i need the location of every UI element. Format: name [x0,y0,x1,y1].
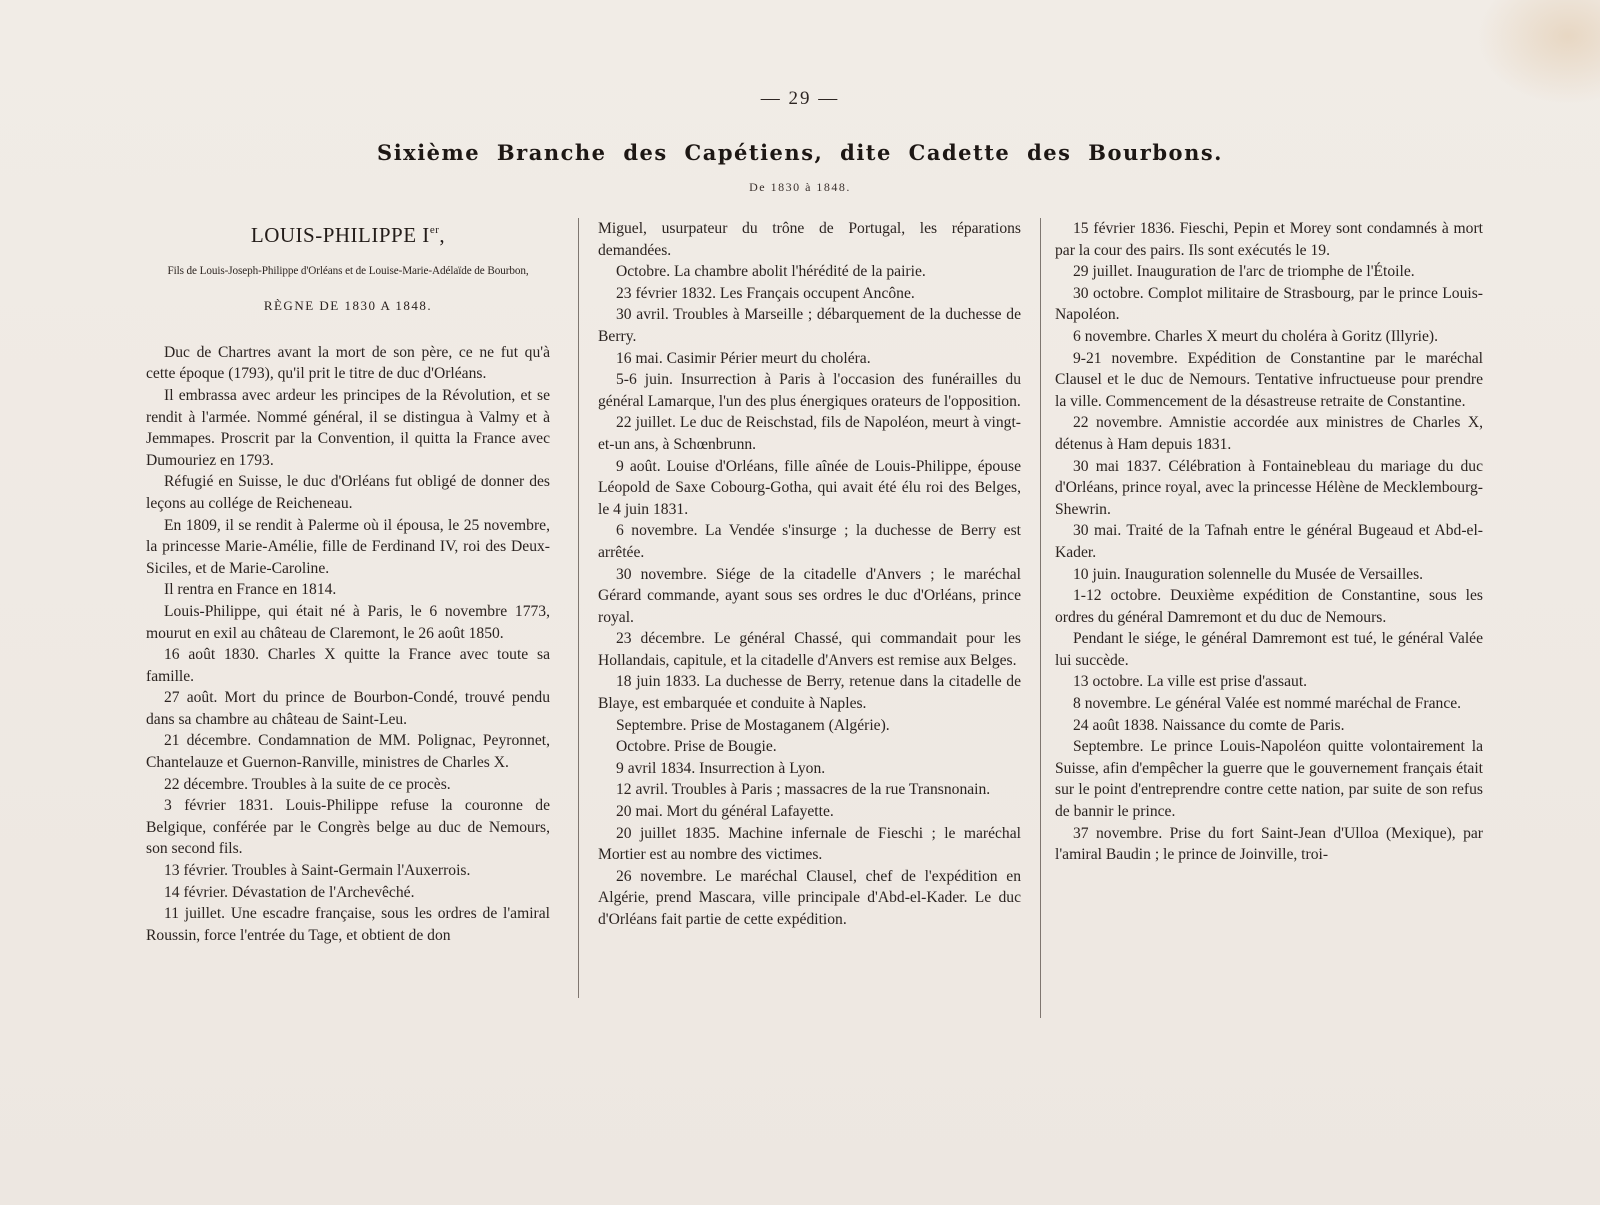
chronology-entry: 23 décembre. Le général Chassé, qui comm… [598,628,1021,671]
chronology-entry: 14 février. Dévastation de l'Archevêché. [146,882,550,904]
chronology-entry: 27 août. Mort du prince de Bourbon-Condé… [146,687,550,730]
reign-heading: RÈGNE DE 1830 A 1848. [146,295,550,317]
chronology-entry: 37 novembre. Prise du fort Saint-Jean d'… [1055,823,1483,866]
chronology-entry: 3 février 1831. Louis-Philippe refuse la… [146,795,550,860]
paragraph: En 1809, il se rendit à Palerme où il ép… [146,515,550,580]
chronology-entry: 26 novembre. Le maréchal Clausel, chef d… [598,866,1021,931]
chronology-entry: 20 juillet 1835. Machine infernale de Fi… [598,823,1021,866]
king-name-comma: , [439,223,445,247]
chronology-entry: 21 décembre. Condamnation de MM. Poligna… [146,730,550,773]
page-number: — 29 — [0,88,1600,110]
king-name-ordinal: er [430,224,440,236]
column-divider [578,218,579,998]
chronology-entry: 22 novembre. Amnistie accordée aux minis… [1055,412,1483,455]
king-name-heading: LOUIS-PHILIPPE Ier, [146,220,550,247]
parentage-line: Fils de Louis-Joseph-Philippe d'Orléans … [132,261,564,283]
text-column-1: LOUIS-PHILIPPE Ier, Fils de Louis-Joseph… [146,218,550,946]
paragraph: Il embrassa avec ardeur les principes de… [146,385,550,471]
section-date-range: De 1830 à 1848. [0,180,1600,195]
chronology-entry: 30 mai. Traité de la Tafnah entre le gén… [1055,520,1483,563]
chronology-entry: 23 février 1832. Les Français occupent A… [598,283,1021,305]
column-divider [1040,218,1041,1018]
paragraph: Duc de Chartres avant la mort de son pèr… [146,342,550,385]
chronology-entry: 22 décembre. Troubles à la suite de ce p… [146,774,550,796]
chronology-entry: 22 juillet. Le duc de Reischstad, fils d… [598,412,1021,455]
chronology-entry-continued: Miguel, usurpateur du trône de Portugal,… [598,218,1021,261]
chronology-entry: 8 novembre. Le général Valée est nommé m… [1055,693,1483,715]
section-title: Sixième Branche des Capétiens, dite Cade… [0,140,1600,165]
text-column-3: 15 février 1836. Fieschi, Pepin et Morey… [1055,218,1483,866]
chronology-entry: 6 novembre. Charles X meurt du choléra à… [1055,326,1483,348]
chronology-entry: 11 juillet. Une escadre française, sous … [146,903,550,946]
chronology-entry: 29 juillet. Inauguration de l'arc de tri… [1055,261,1483,283]
chronology-entry: 16 août 1830. Charles X quitte la France… [146,644,550,687]
text-column-2: Miguel, usurpateur du trône de Portugal,… [598,218,1021,931]
chronology-entry: 6 novembre. La Vendée s'insurge ; la duc… [598,520,1021,563]
chronology-entry: 24 août 1838. Naissance du comte de Pari… [1055,715,1483,737]
chronology-entry: 12 avril. Troubles à Paris ; massacres d… [598,779,1021,801]
paragraph: Réfugié en Suisse, le duc d'Orléans fut … [146,471,550,514]
chronology-entry: Septembre. Le prince Louis-Napoléon quit… [1055,736,1483,822]
chronology-entry: Septembre. Prise de Mostaganem (Algérie)… [598,715,1021,737]
chronology-entry: 30 novembre. Siége de la citadelle d'Anv… [598,564,1021,629]
chronology-entry: 5-6 juin. Insurrection à Paris à l'occas… [598,369,1021,412]
chronology-entry: Octobre. La chambre abolit l'hérédité de… [598,261,1021,283]
chronology-entry: 10 juin. Inauguration solennelle du Musé… [1055,564,1483,586]
chronology-entry: 15 février 1836. Fieschi, Pepin et Morey… [1055,218,1483,261]
chronology-entry: 30 avril. Troubles à Marseille ; débarqu… [598,304,1021,347]
chronology-entry: 1-12 octobre. Deuxième expédition de Con… [1055,585,1483,628]
chronology-entry: 18 juin 1833. La duchesse de Berry, rete… [598,671,1021,714]
king-name: LOUIS-PHILIPPE I [251,223,430,247]
chronology-entry: Pendant le siége, le général Damremont e… [1055,628,1483,671]
document-page: — 29 — Sixième Branche des Capétiens, di… [0,0,1600,1205]
chronology-entry: 13 octobre. La ville est prise d'assaut. [1055,671,1483,693]
paragraph: Il rentra en France en 1814. [146,579,550,601]
chronology-entry: 30 octobre. Complot militaire de Strasbo… [1055,283,1483,326]
chronology-entry: 13 février. Troubles à Saint-Germain l'A… [146,860,550,882]
chronology-entry: 30 mai 1837. Célébration à Fontainebleau… [1055,456,1483,521]
paragraph: Louis-Philippe, qui était né à Paris, le… [146,601,550,644]
chronology-entry: 9 avril 1834. Insurrection à Lyon. [598,758,1021,780]
chronology-entry: Octobre. Prise de Bougie. [598,736,1021,758]
chronology-entry: 16 mai. Casimir Périer meurt du choléra. [598,348,1021,370]
chronology-entry: 20 mai. Mort du général Lafayette. [598,801,1021,823]
chronology-entry: 9 août. Louise d'Orléans, fille aînée de… [598,456,1021,521]
chronology-entry: 9-21 novembre. Expédition de Constantine… [1055,348,1483,413]
